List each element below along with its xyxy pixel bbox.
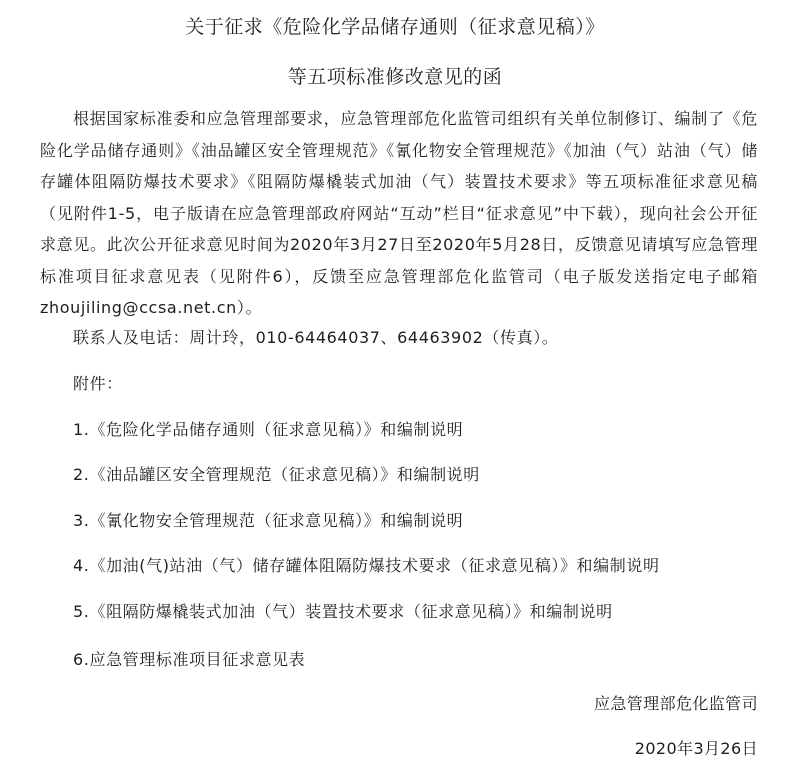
attachment-item-2: 2.《油品罐区安全管理规范（征求意见稿）》和编制说明	[73, 465, 480, 485]
attachment-item-4: 4.《加油(气)站油（气）储存罐体阻隔防爆技术要求（征求意见稿）》和编制说明	[73, 556, 660, 576]
attachment-item-3: 3.《氰化物安全管理规范（征求意见稿）》和编制说明	[73, 511, 463, 531]
attachment-item-6: 6.应急管理标准项目征求意见表	[73, 650, 305, 670]
document-title-line-1: 关于征求《危险化学品储存通则（征求意见稿）》	[0, 12, 790, 39]
signature: 应急管理部危化监管司	[594, 694, 758, 714]
attachment-item-5: 5.《阻隔防爆橇装式加油（气）装置技术要求（征求意见稿）》和编制说明	[73, 602, 613, 622]
attachments-label: 附件：	[73, 374, 123, 394]
attachment-item-1: 1.《危险化学品储存通则（征求意见稿）》和编制说明	[73, 420, 463, 440]
contact-line: 联系人及电话：周计玲，010-64464037、64463902（传真）。	[73, 328, 558, 348]
document-title-line-2: 等五项标准修改意见的函	[0, 62, 790, 89]
date: 2020年3月26日	[635, 739, 758, 759]
body-paragraph: 根据国家标准委和应急管理部要求，应急管理部危化监管司组织有关单位制修订、编制了《…	[40, 103, 758, 324]
